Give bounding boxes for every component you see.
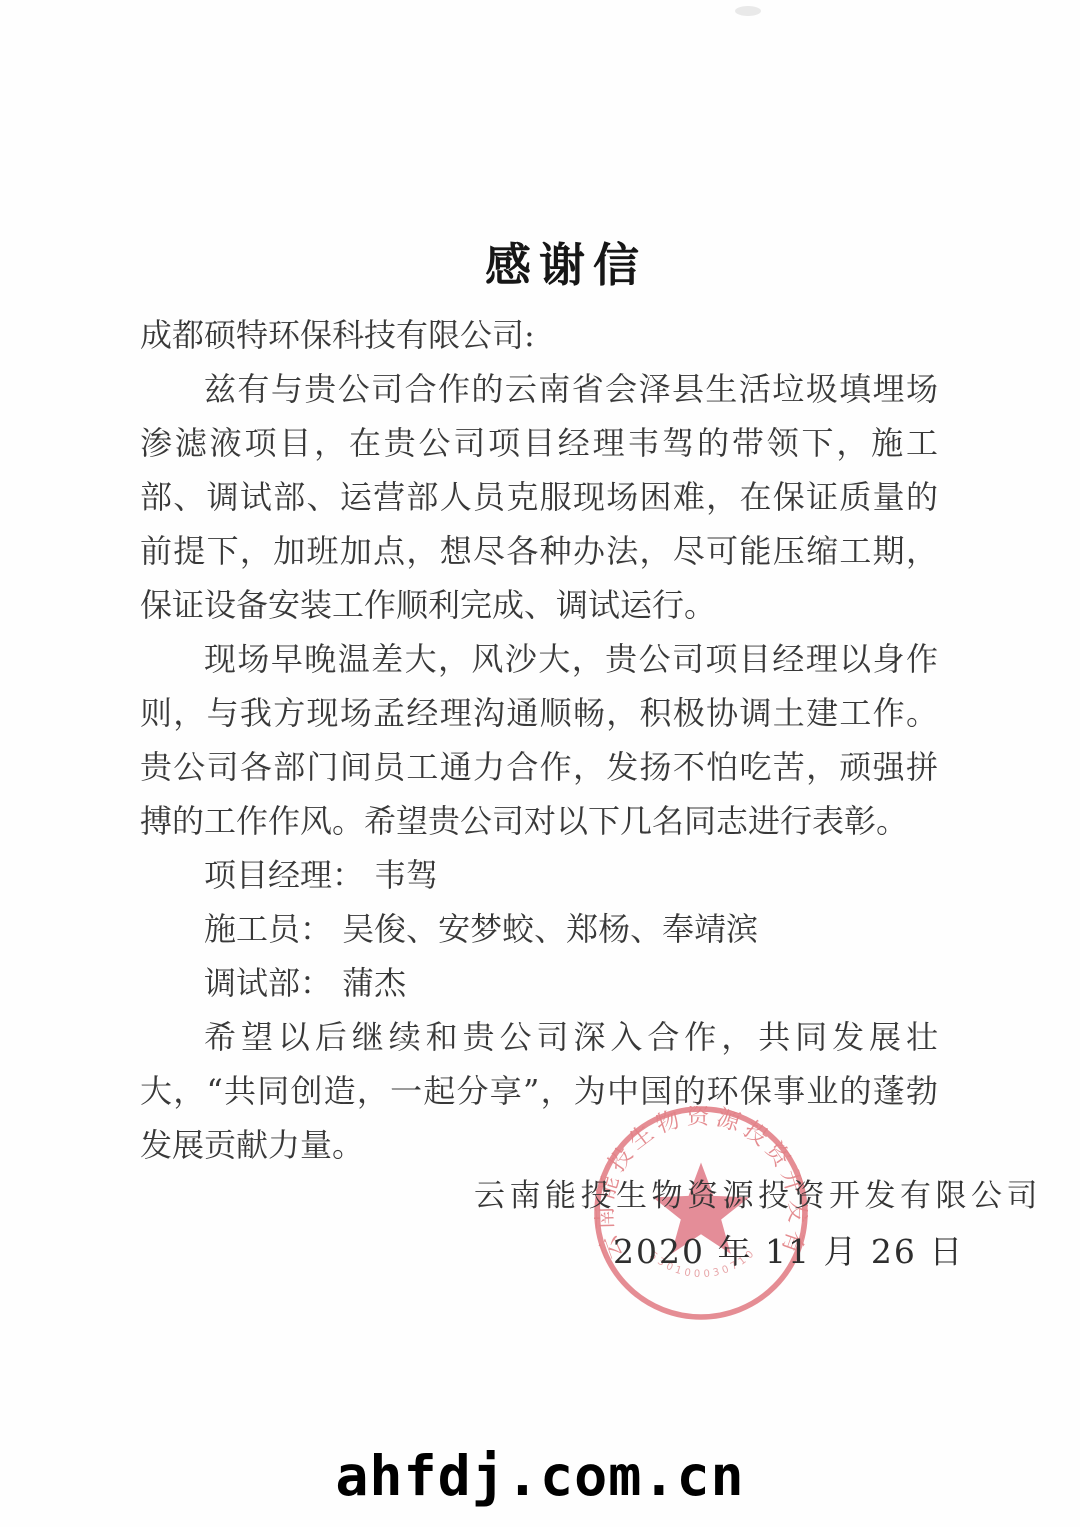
salutation: 成都硕特环保科技有限公司: bbox=[140, 308, 938, 362]
closing-paragraph: 希望以后继续和贵公司深入合作，共同发展壮大，“共同创造，一起分享”，为中国的环保… bbox=[140, 1010, 938, 1172]
scan-artifact bbox=[735, 6, 761, 16]
letter-body: 成都硕特环保科技有限公司: 兹有与贵公司合作的云南省会泽县生活垃圾填埋场渗滤液项… bbox=[140, 308, 938, 1172]
signature-company-name: 云南能投生物资源投资开发有限公司 bbox=[474, 1170, 1042, 1215]
scanned-letter-page: 感谢信 成都硕特环保科技有限公司: 兹有与贵公司合作的云南省会泽县生活垃圾填埋场… bbox=[0, 0, 1080, 1527]
roster-project-manager: 项目经理： 韦驾 bbox=[140, 848, 938, 902]
roster-constructors: 施工员： 吴俊、安梦蛟、郑杨、奉靖滨 bbox=[140, 902, 938, 956]
paragraph: 现场早晚温差大，风沙大，贵公司项目经理以身作则，与我方现场孟经理沟通顺畅，积极协… bbox=[140, 632, 938, 848]
roster-commissioning: 调试部： 蒲杰 bbox=[140, 956, 938, 1010]
paragraph: 兹有与贵公司合作的云南省会泽县生活垃圾填埋场渗滤液项目，在贵公司项目经理韦驾的带… bbox=[140, 362, 938, 632]
letter-title: 感谢信 bbox=[26, 229, 1080, 295]
watermark-url-text: ahfdj.com.cn bbox=[0, 1444, 1080, 1508]
signature-date: 2020 年 11 月 26 日 bbox=[613, 1226, 964, 1273]
